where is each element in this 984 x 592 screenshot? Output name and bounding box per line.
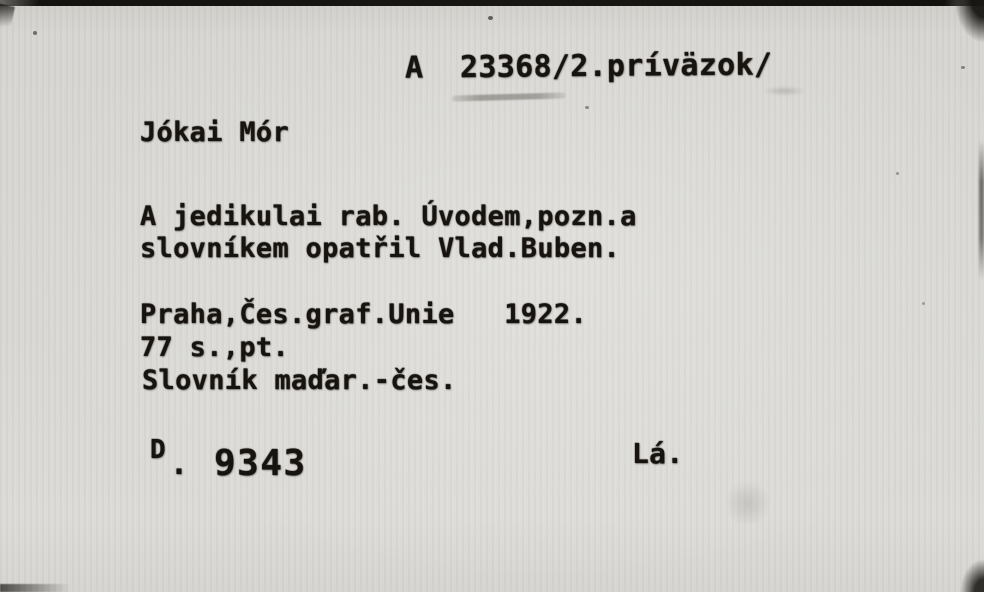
scan-bottom-right-corner [958, 556, 984, 592]
shelfmark-separator: . [170, 448, 188, 482]
ink-speck [922, 302, 925, 305]
note-line: Slovník maďar.-čes. [142, 366, 457, 396]
ink-speck [585, 106, 589, 109]
author-heading: Jókai Mór [140, 118, 289, 148]
scan-top-left-mark [0, 4, 15, 37]
ink-speck [961, 66, 965, 69]
cataloguer-initials: Lá. [632, 438, 683, 469]
scan-right-edge-streak [979, 140, 984, 280]
faint-smudge [762, 86, 806, 96]
scan-top-right-corner [952, 0, 984, 46]
shelfmark-number: 9343 [214, 444, 307, 484]
pagination-line: 77 s.,pt. [140, 333, 289, 363]
classmark-underline-smudge [452, 92, 566, 101]
catalog-card-scan: A 23368/2.príväzok/ Jókai Mór A jedikula… [0, 0, 984, 592]
shelfmark-letter: D [150, 436, 166, 465]
title-line-1: A jedikulai rab. Úvodem,pozn.a [140, 202, 637, 232]
scan-top-edge [0, 0, 984, 6]
title-line-2: slovníkem opatřil Vlad.Buben. [140, 234, 620, 264]
classmark-line: A 23368/2.príväzok/ [405, 48, 773, 85]
ink-speck [33, 31, 37, 35]
ink-speck [896, 172, 899, 175]
paper-stain [728, 478, 772, 524]
ink-speck [488, 16, 493, 20]
scan-bottom-left-edge [0, 584, 70, 592]
imprint-line: Praha,Čes.graf.Unie 1922. [140, 300, 587, 330]
